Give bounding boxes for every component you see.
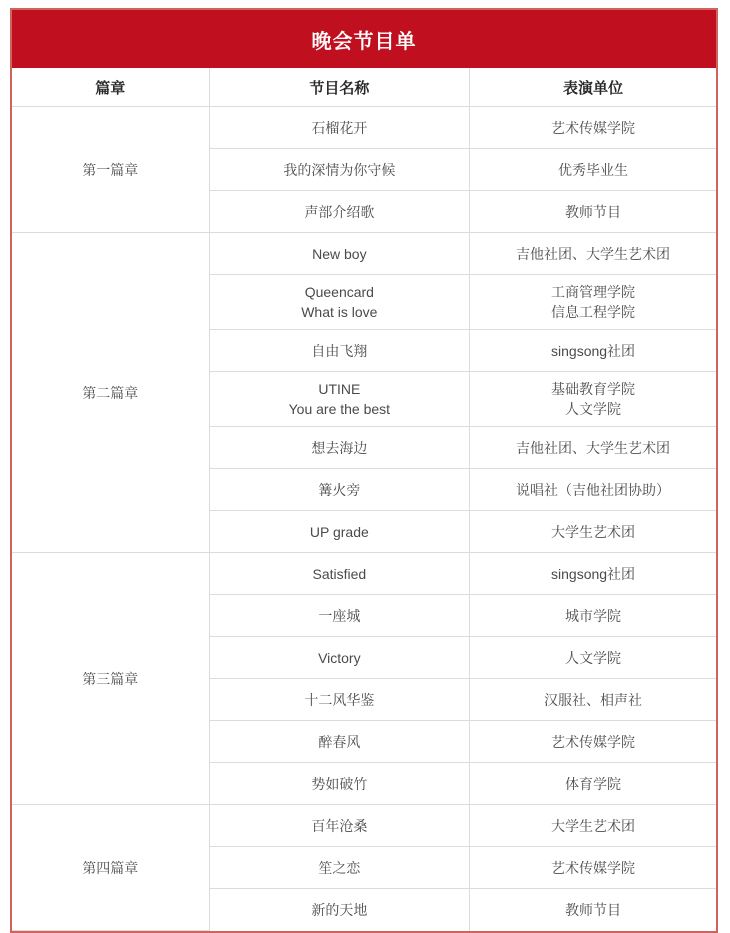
table-row: 第一篇章 石榴花开 艺术传媒学院 <box>12 107 716 149</box>
program-cell: 十二风华鉴 <box>209 679 469 721</box>
program-cell: 自由飞翔 <box>209 330 469 372</box>
program-cell: 声部介绍歌 <box>209 191 469 233</box>
program-cell: New boy <box>209 233 469 275</box>
performer-cell: singsong社团 <box>470 553 716 595</box>
page-title: 晚会节目单 <box>312 25 417 54</box>
column-header-chapter: 篇章 <box>12 68 209 107</box>
performer-cell: 城市学院 <box>470 595 716 637</box>
page: 晚会节目单 篇章 节目名称 表演单位 第一篇章 石榴花开 艺术传媒学院 <box>0 0 730 924</box>
performer-cell: 说唱社（吉他社团协助） <box>470 469 716 511</box>
program-cell: 醉春风 <box>209 721 469 763</box>
table-row: 第三篇章 Satisfied singsong社团 <box>12 553 716 595</box>
performer-cell: 汉服社、相声社 <box>470 679 716 721</box>
chapter-cell: 第二篇章 <box>12 233 209 553</box>
program-cell: 想去海边 <box>209 427 469 469</box>
performer-cell: 体育学院 <box>470 763 716 805</box>
performer-cell: 教师节目 <box>470 191 716 233</box>
program-cell: 百年沧桑 <box>209 805 469 847</box>
column-header-program: 节目名称 <box>209 68 469 107</box>
chapter-cell: 第一篇章 <box>12 107 209 233</box>
performer-cell: 人文学院 <box>470 637 716 679</box>
performer-cell: 吉他社团、大学生艺术团 <box>470 233 716 275</box>
performer-cell: singsong社团 <box>470 330 716 372</box>
program-cell: Satisfied <box>209 553 469 595</box>
program-cell: 一座城 <box>209 595 469 637</box>
program-sheet: 晚会节目单 篇章 节目名称 表演单位 第一篇章 石榴花开 艺术传媒学院 <box>10 8 718 933</box>
program-cell: 笙之恋 <box>209 847 469 889</box>
header-row: 篇章 节目名称 表演单位 <box>12 68 716 107</box>
table-body: 第一篇章 石榴花开 艺术传媒学院 我的深情为你守候 优秀毕业生 声部介绍歌 教师… <box>12 107 716 931</box>
title-bar: 晚会节目单 <box>12 10 716 68</box>
program-cell: 势如破竹 <box>209 763 469 805</box>
program-cell: UTINE You are the best <box>209 372 469 427</box>
performer-cell: 吉他社团、大学生艺术团 <box>470 427 716 469</box>
performer-cell: 艺术传媒学院 <box>470 107 716 149</box>
program-cell: 篝火旁 <box>209 469 469 511</box>
program-cell: Victory <box>209 637 469 679</box>
program-table: 篇章 节目名称 表演单位 第一篇章 石榴花开 艺术传媒学院 我的深情为你守候 优… <box>12 68 716 931</box>
performer-cell: 大学生艺术团 <box>470 805 716 847</box>
performer-cell: 艺术传媒学院 <box>470 847 716 889</box>
performer-cell: 优秀毕业生 <box>470 149 716 191</box>
chapter-cell: 第四篇章 <box>12 805 209 931</box>
program-cell: Queencard What is love <box>209 275 469 330</box>
performer-cell: 艺术传媒学院 <box>470 721 716 763</box>
program-cell: 石榴花开 <box>209 107 469 149</box>
table-header: 篇章 节目名称 表演单位 <box>12 68 716 107</box>
table-row: 第四篇章 百年沧桑 大学生艺术团 <box>12 805 716 847</box>
performer-cell: 大学生艺术团 <box>470 511 716 553</box>
column-header-performer: 表演单位 <box>470 68 716 107</box>
program-cell: 新的天地 <box>209 889 469 931</box>
performer-cell: 基础教育学院 人文学院 <box>470 372 716 427</box>
table-row: 第二篇章 New boy 吉他社团、大学生艺术团 <box>12 233 716 275</box>
program-cell: 我的深情为你守候 <box>209 149 469 191</box>
program-cell: UP grade <box>209 511 469 553</box>
performer-cell: 教师节目 <box>470 889 716 931</box>
performer-cell: 工商管理学院 信息工程学院 <box>470 275 716 330</box>
chapter-cell: 第三篇章 <box>12 553 209 805</box>
